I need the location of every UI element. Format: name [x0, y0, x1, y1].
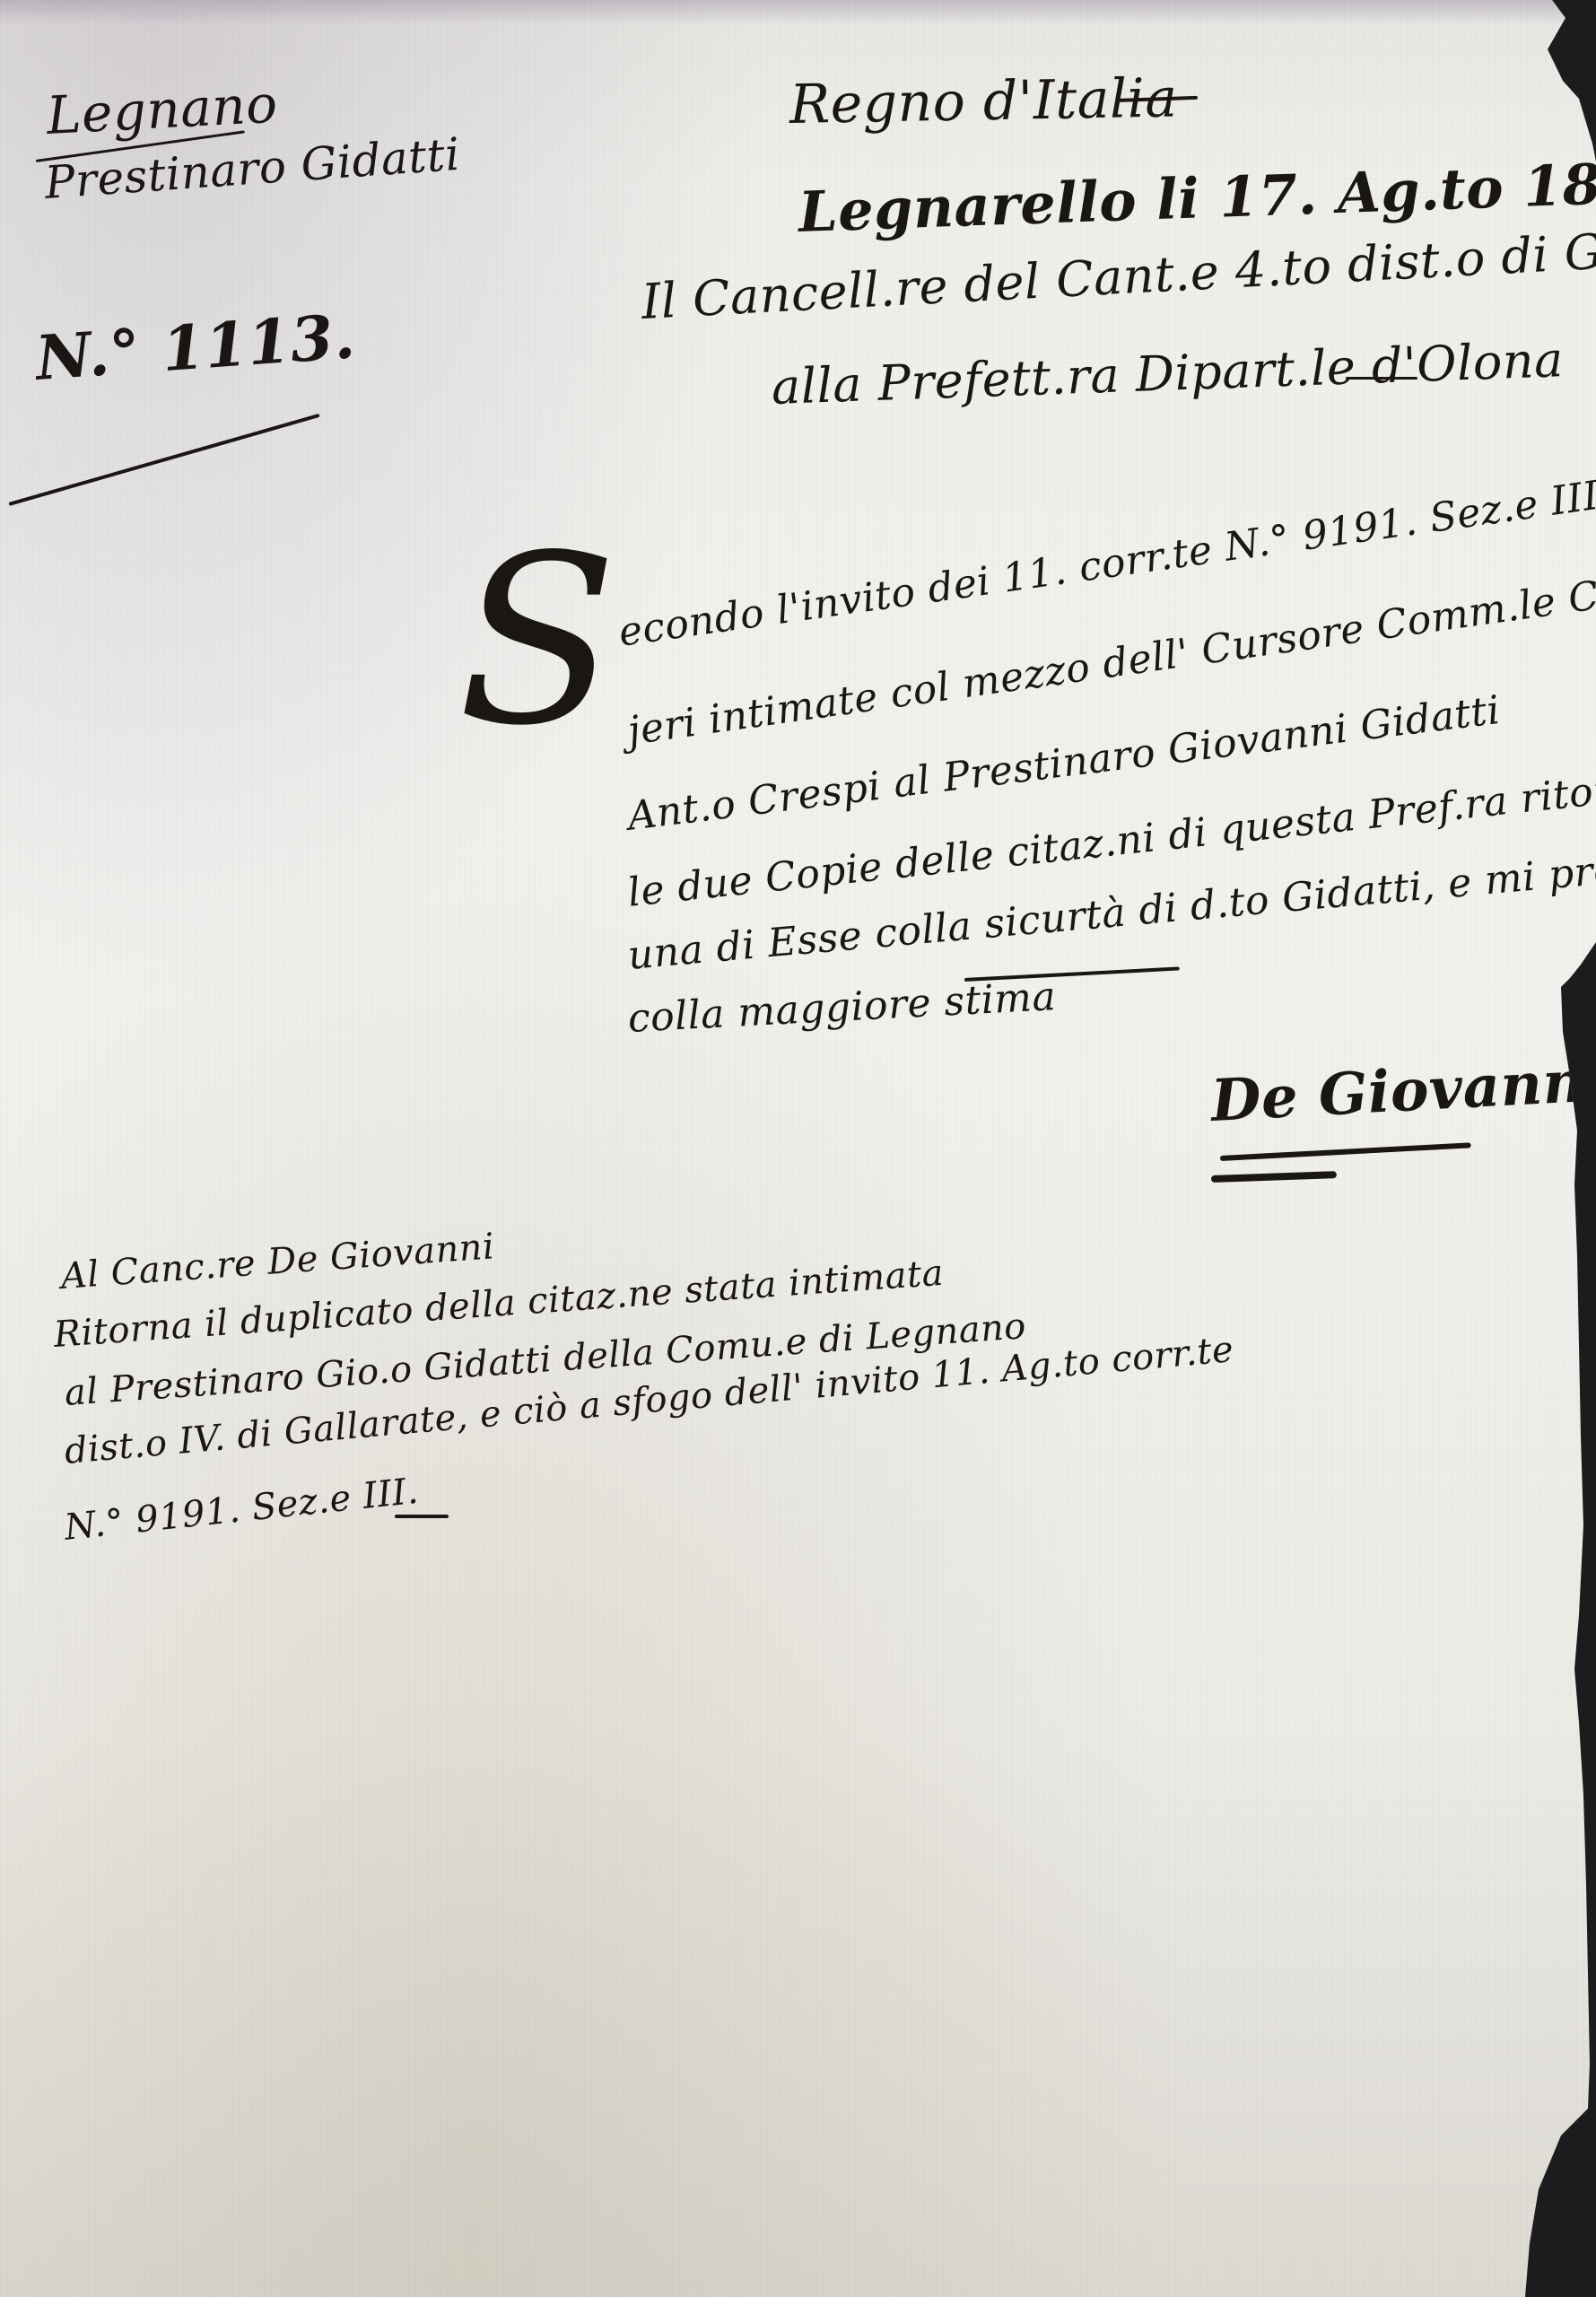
registry-place: Legnano	[45, 74, 279, 146]
protocol-number: N.° 1113.	[33, 301, 357, 395]
paper-sheet: Legnano Prestinaro Gidatti N.° 1113. Reg…	[0, 0, 1596, 2297]
decorated-initial: S	[458, 525, 617, 758]
signature-underline	[1220, 1142, 1471, 1161]
reply-line: N.° 9191. Sez.e III.	[63, 1471, 421, 1549]
recipient-line: alla Prefett.ra Dipart.le d'Olona	[771, 331, 1565, 415]
paper-top-stain	[0, 0, 1596, 25]
body-line: colla maggiore stima	[627, 974, 1058, 1042]
reply-line: Al Canc.re De Giovanni	[59, 1226, 495, 1297]
protocol-underline	[8, 414, 319, 506]
manuscript-page: Legnano Prestinaro Gidatti N.° 1113. Reg…	[0, 0, 1596, 2297]
signature: De Giovanni C.re	[1209, 1039, 1596, 1135]
signature-paraph	[1211, 1171, 1337, 1183]
reply-end-flourish	[395, 1515, 449, 1518]
recipient-flourish	[1346, 377, 1417, 380]
closing-flourish	[964, 966, 1180, 982]
